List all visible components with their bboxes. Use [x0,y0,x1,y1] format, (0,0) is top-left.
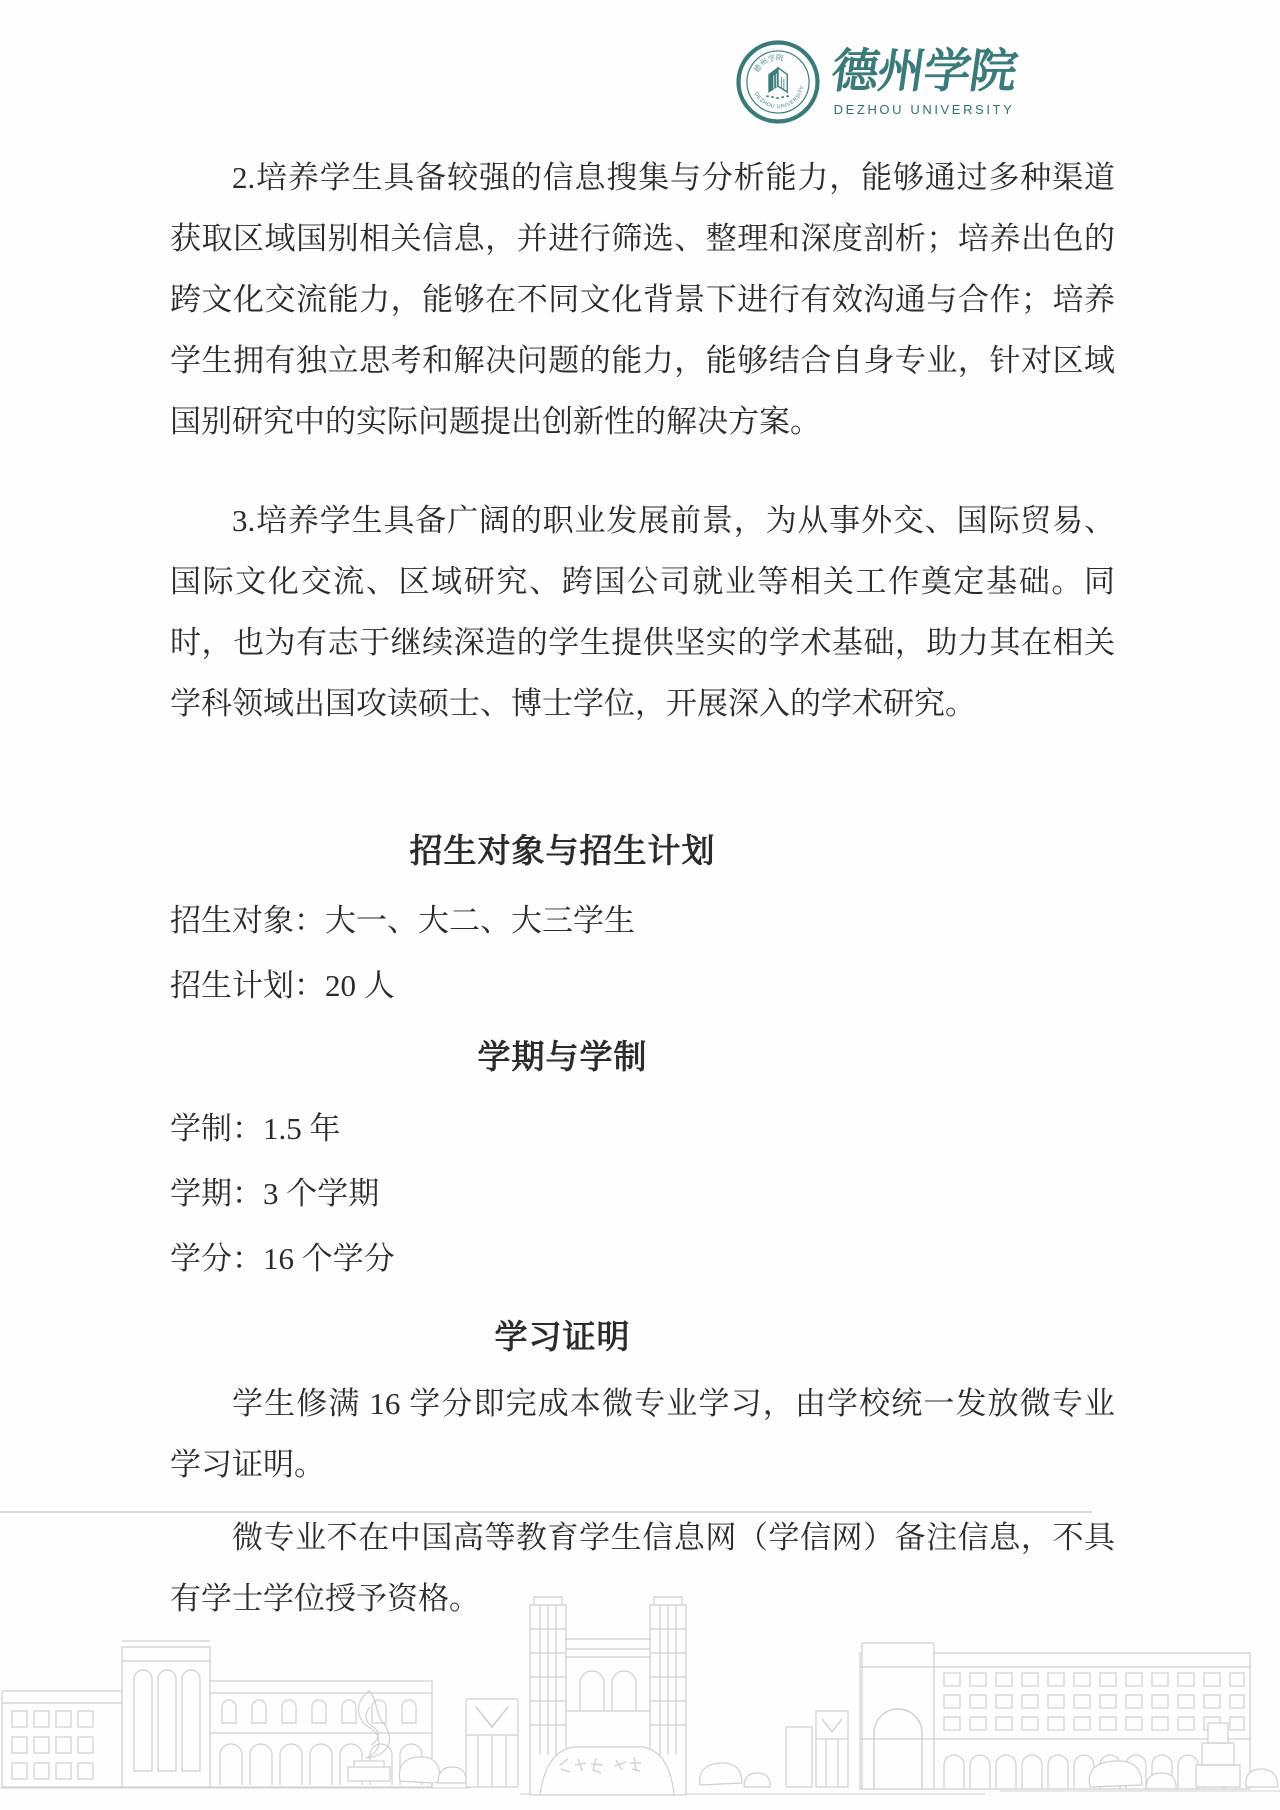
enrollment-plan-line: 招生计划：20 人 [170,953,1115,1018]
university-logo: 德州学院 DEZHOU UNIVERSITY 德州学院 DEZHOU UNIVE… [736,40,1016,124]
heading-certificate: 学习证明 [170,1318,1115,1358]
heading-enrollment: 招生对象与招生计划 [170,832,1115,872]
university-seal-icon: 德州学院 DEZHOU UNIVERSITY [736,40,820,124]
paragraph-objective-3: 3.培养学生具备广阔的职业发展前景，为从事外交、国际贸易、国际文化交流、区域研究… [170,490,1115,734]
campus-skyline-art [0,1595,1280,1810]
program-duration-line: 学制：1.5 年 [170,1096,1115,1161]
logo-wordmark: 德州学院 DEZHOU UNIVERSITY [832,40,1016,117]
university-name-zh: 德州学院 [828,46,1019,98]
university-name-en: DEZHOU UNIVERSITY [832,102,1016,117]
book-icon [769,68,787,92]
certificate-paragraph: 学生修满 16 学分即完成本微专业学习，由学校统一发放微专业学习证明。 [170,1373,1115,1495]
seal-arc-top-text: 德州学院 [751,52,784,74]
heading-semester: 学期与学制 [170,1038,1115,1078]
seal-dots [766,95,789,98]
enrollment-target-line: 招生对象：大一、大二、大三学生 [170,888,1115,953]
credit-count-line: 学分：16 个学分 [170,1226,1115,1291]
document-page: 德州学院 DEZHOU UNIVERSITY 德州学院 DEZHOU UNIVE… [0,0,1280,1810]
semester-count-line: 学期：3 个学期 [170,1161,1115,1226]
paragraph-objective-2: 2.培养学生具备较强的信息搜集与分析能力，能够通过多种渠道获取区域国别相关信息，… [170,147,1115,452]
svg-text:德州学院: 德州学院 [751,52,784,74]
